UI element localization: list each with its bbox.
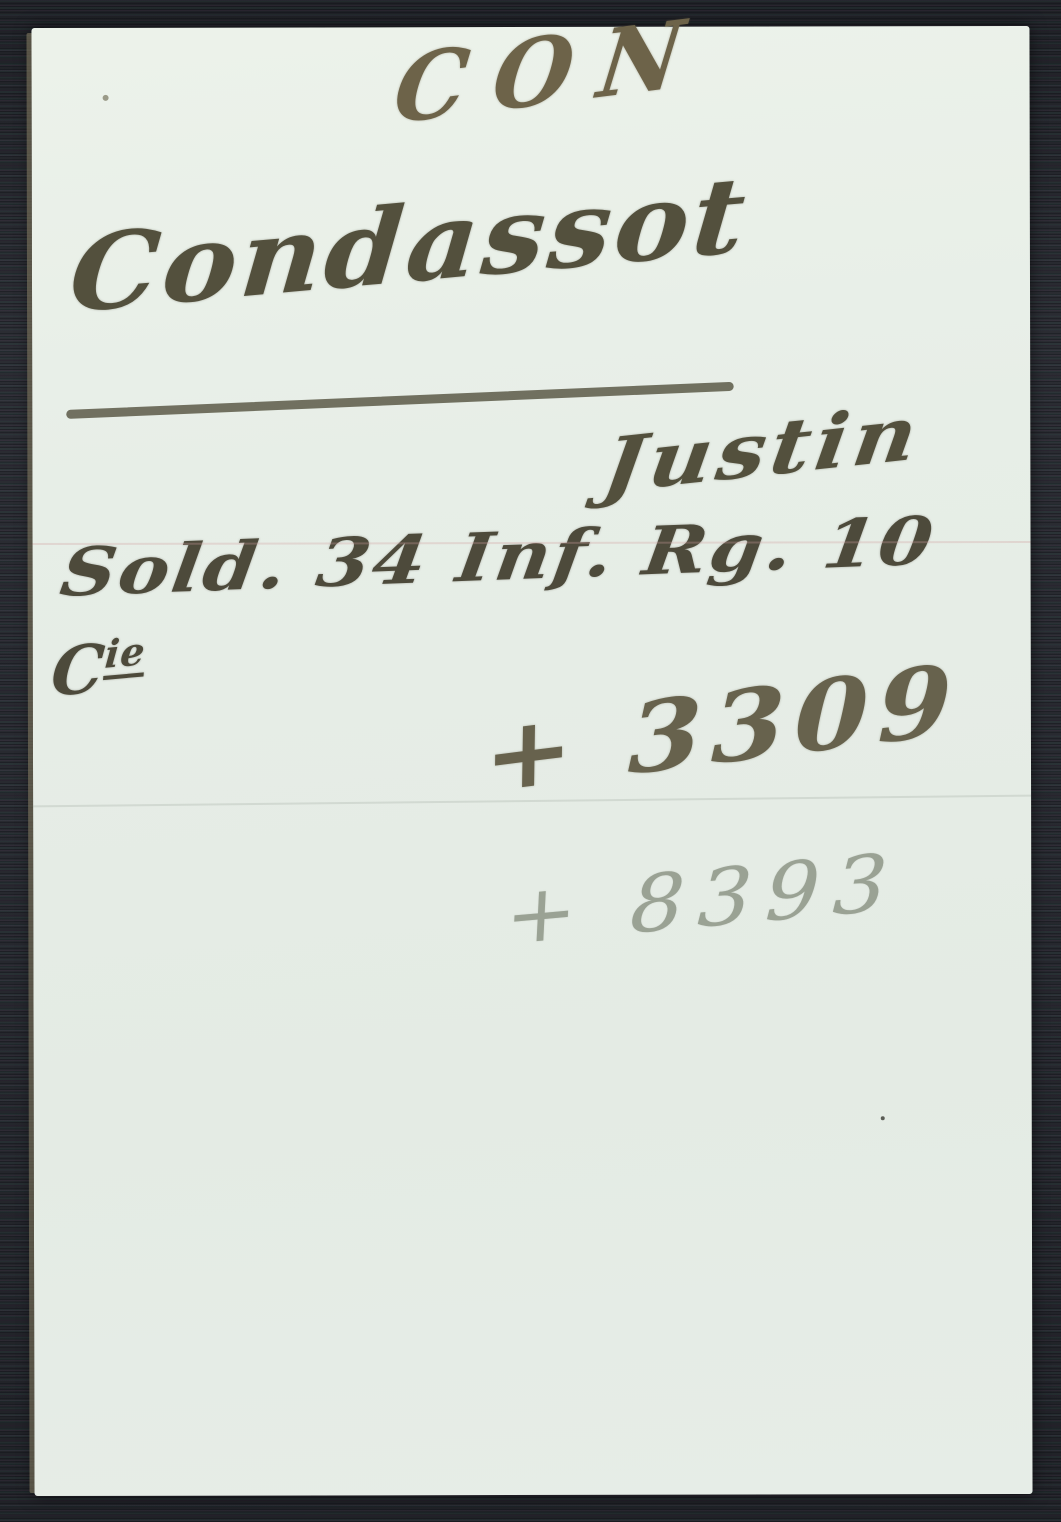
paper-speck (103, 95, 109, 101)
service-unit-line: Sold. 34 Inf. Rg. 10 (57, 507, 939, 606)
index-card: CON Condassot Justin Sold. 34 Inf. Rg. 1… (31, 26, 1032, 1496)
surname-handwriting: Condassot (66, 162, 752, 328)
classification-heading: CON (390, 4, 714, 137)
reference-number-pencil: + 8393 (503, 843, 902, 957)
paper-speck (881, 1116, 885, 1120)
company-abbreviation-superscript: ie (103, 628, 147, 677)
scan-backdrop: CON Condassot Justin Sold. 34 Inf. Rg. 1… (0, 0, 1061, 1522)
surname-underline-stroke (66, 382, 734, 419)
company-abbreviation-base: C (48, 628, 107, 712)
given-name-handwriting: Justin (598, 395, 926, 505)
reference-number-ink: + 3309 (483, 651, 961, 807)
company-abbreviation: Cie (49, 631, 147, 706)
